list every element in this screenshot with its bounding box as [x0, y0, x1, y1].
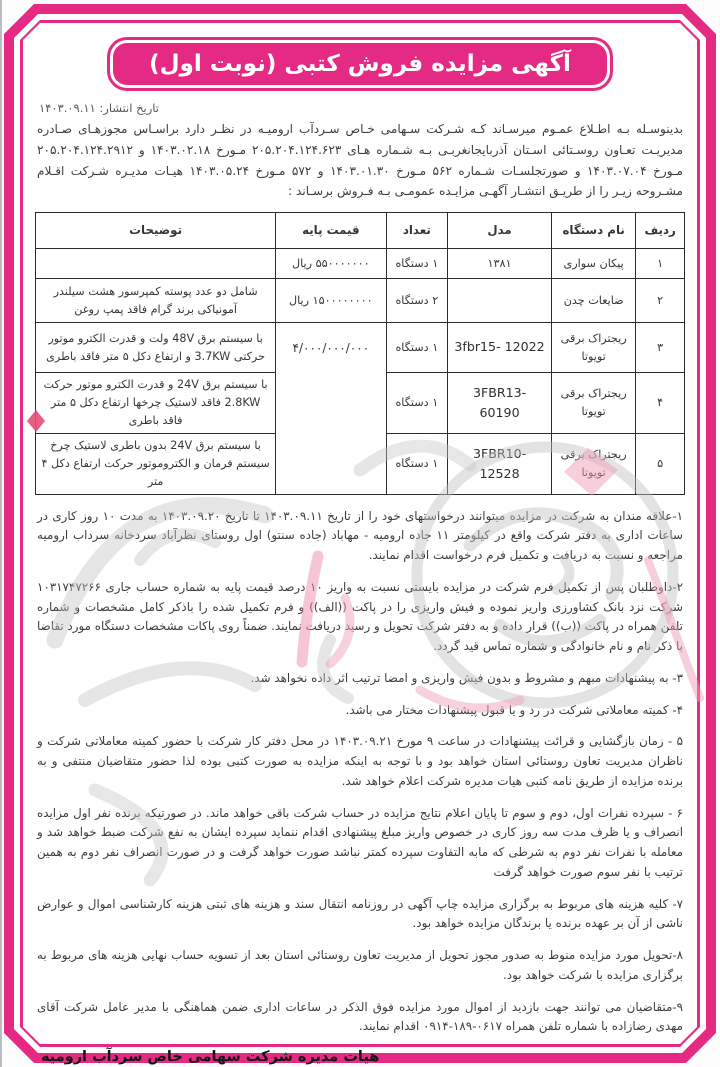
board-signature: هیات مدیره شرکت سهامی خاص سردآب ارومیه [41, 1049, 679, 1065]
cell-base-price-merged: ۴/۰۰۰/۰۰۰/۰۰۰ [276, 323, 386, 495]
table-header-row: ردیف نام دستگاه مدل تعداد قیمت پایه توضی… [36, 213, 685, 249]
page-title: آگهی مزایده فروش کتبی (نوبت اول) [113, 43, 607, 85]
publish-date: تاریخ انتشار: ۱۴۰۳.۰۹.۱۱ [39, 101, 681, 115]
term-paragraph-7: ۷- کلیه هزینه های مربوط به برگزاری مزاید… [37, 895, 683, 935]
table-row: ۲ ضایعات چدن ۲ دستگاه ۱۵۰۰۰۰۰۰۰۰ ریال شا… [36, 279, 685, 323]
document-content: آگهی مزایده فروش کتبی (نوبت اول) تاریخ ا… [23, 23, 697, 1044]
col-header-model: مدل [448, 213, 552, 249]
cell-notes: با سیستم برق 48V ولت و قدرت الکترو موتور… [36, 323, 276, 373]
cell-row-number: ۵ [636, 433, 685, 494]
col-header-base-price: قیمت پایه [276, 213, 386, 249]
cell-base-price: ۵۵۰۰۰۰۰۰۰ ریال [276, 249, 386, 279]
auction-notice-page: آگهی مزایده فروش کتبی (نوبت اول) تاریخ ا… [0, 0, 720, 1067]
cell-device-name: ضایعات چدن [551, 279, 635, 323]
cell-row-number: ۳ [636, 323, 685, 373]
col-header-row-number: ردیف [636, 213, 685, 249]
cell-device-name: ریجتراک برقی تویوتا [551, 323, 635, 373]
cell-notes [36, 249, 276, 279]
col-header-device-name: نام دستگاه [551, 213, 635, 249]
term-paragraph-1: ۱-علاقه مندان به شرکت در مزایده میتوانند… [37, 507, 683, 566]
cell-base-price: ۱۵۰۰۰۰۰۰۰۰ ریال [276, 279, 386, 323]
cell-device-name: پیکان سواری [551, 249, 635, 279]
cell-quantity: ۲ دستگاه [386, 279, 448, 323]
title-banner: آگهی مزایده فروش کتبی (نوبت اول) [107, 37, 613, 91]
cell-model: ۱۳۸۱ [448, 249, 552, 279]
cell-quantity: ۱ دستگاه [386, 249, 448, 279]
term-paragraph-6: ۶ - سپرده نفرات اول، دوم و سوم تا پایان … [37, 804, 683, 883]
cell-row-number: ۱ [636, 249, 685, 279]
term-paragraph-9: ۹-متقاضیان می توانند جهت بازدید از اموال… [37, 998, 683, 1038]
cell-row-number: ۴ [636, 373, 685, 434]
table-row: ۳ ریجتراک برقی تویوتا 3fbr15- 12022 ۱ دس… [36, 323, 685, 373]
cell-model: 3fbr15- 12022 [448, 323, 552, 373]
col-header-quantity: تعداد [386, 213, 448, 249]
term-paragraph-4: ۴- کمیته معاملاتی شرکت در رد و یا قبول پ… [37, 701, 683, 721]
scan-edge-artifact [0, 0, 2, 1067]
cell-quantity: ۱ دستگاه [386, 433, 448, 494]
cell-notes: شامل دو عدد پوسته کمپرسور هشت سیلندر آمو… [36, 279, 276, 323]
cell-device-name: ریجتراک برقی تویوتا [551, 433, 635, 494]
table-row: ۱ پیکان سواری ۱۳۸۱ ۱ دستگاه ۵۵۰۰۰۰۰۰۰ ری… [36, 249, 685, 279]
term-paragraph-8: ۸-تحویل مورد مزایده منوط به صدور مجوز تح… [37, 946, 683, 986]
cell-quantity: ۱ دستگاه [386, 373, 448, 434]
term-paragraph-2: ۲-داوطلبان پس از تکمیل فرم شرکت در مزاید… [37, 578, 683, 657]
col-header-notes: توضیحات [36, 213, 276, 249]
cell-model [448, 279, 552, 323]
cell-notes: با سیستم برق 24V و قدرت الکترو موتور حرک… [36, 373, 276, 434]
auction-items-table: ردیف نام دستگاه مدل تعداد قیمت پایه توضی… [35, 212, 685, 494]
cell-model: 3FBR10- 12528 [448, 433, 552, 494]
cell-device-name: ریجتراک برقی تویوتا [551, 373, 635, 434]
cell-model: 3FBR13- 60190 [448, 373, 552, 434]
term-paragraph-3: ۳- به پیشنهادات مبهم و مشروط و بدون فیش … [37, 669, 683, 689]
cell-row-number: ۲ [636, 279, 685, 323]
terms-paragraphs: ۱-علاقه مندان به شرکت در مزایده میتوانند… [35, 507, 685, 1038]
cell-quantity: ۱ دستگاه [386, 323, 448, 373]
term-paragraph-5: ۵ - زمان بازگشایی و قرائت پیشنهادات در س… [37, 732, 683, 791]
intro-paragraph: بدینوسـله بـه اطـلاع عمـوم میرسـاند کـه … [37, 119, 683, 202]
cell-notes: با سیستم برق 24V بدون باطری لاستیک چرخ س… [36, 433, 276, 494]
